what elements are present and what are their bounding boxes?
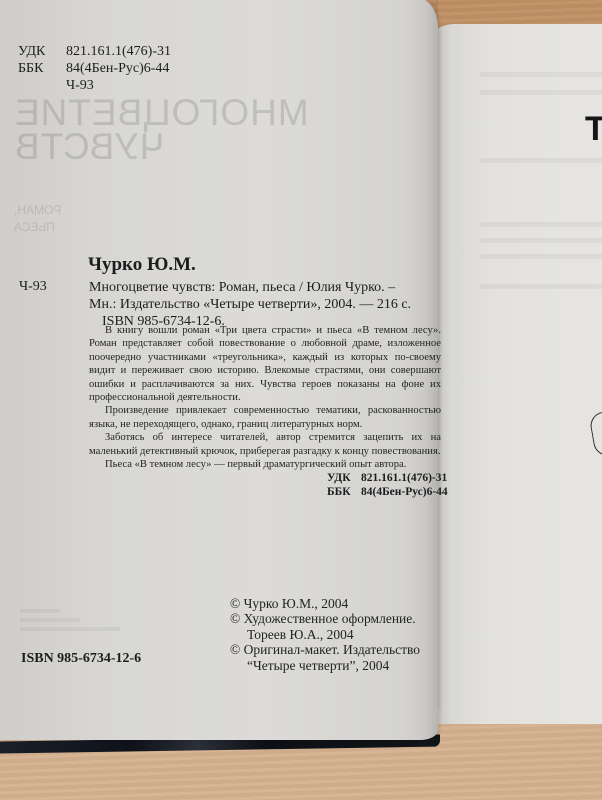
copyright-block: © Чурко Ю.М., 2004 © Художественное офор…: [230, 596, 420, 673]
catalog-author: Чурко Ю.М.: [88, 254, 196, 276]
imprint-page: МНОГОЦВЕТИЕ ЧУВСТВ РОМАН, ПЬЕСА УДК821.1…: [0, 0, 438, 740]
right-page-bleed-line: [480, 90, 602, 95]
right-page: [437, 24, 602, 724]
catalog-author-mark: Ч-93: [19, 279, 47, 295]
right-page-heading-letter: Т: [585, 110, 602, 149]
right-page-bleed-line: [480, 254, 602, 259]
author-mark: Ч-93: [18, 77, 171, 94]
classification-codes-bottom: УДК821.161.1(476)-31 ББК84(4Бен-Рус)6-44: [327, 471, 448, 499]
annotation-paragraph: В книгу вошли роман «Три цвета страсти» …: [89, 324, 441, 404]
right-page-bleed-line: [480, 72, 602, 77]
right-page-bleed-line: [480, 284, 602, 289]
book-annotation: В книгу вошли роман «Три цвета страсти» …: [89, 324, 441, 471]
right-page-bleed-line: [480, 222, 602, 227]
annotation-paragraph: Пьеса «В темном лесу» — первый драматург…: [89, 458, 441, 471]
annotation-paragraph: Произведение привлекает современностью т…: [89, 404, 441, 431]
bleed-through-title: МНОГОЦВЕТИЕ ЧУВСТВ: [14, 96, 394, 164]
classification-codes-top: УДК821.161.1(476)-31 ББК84(4Бен-Рус)6-44…: [18, 43, 171, 94]
udk-row: УДК821.161.1(476)-31: [18, 43, 171, 60]
bleed-through-lines: [20, 606, 120, 636]
bleed-through-subtitle: РОМАН, ПЬЕСА: [14, 202, 84, 236]
annotation-paragraph: Заботясь об интересе читателей, автор ст…: [89, 431, 441, 458]
bbk-row: ББК84(4Бен-Рус)6-44: [18, 60, 171, 77]
catalog-description: Многоцветие чувств: Роман, пьеса / Юлия …: [89, 279, 411, 330]
isbn-number: ISBN 985-6734-12-6: [21, 651, 141, 667]
right-page-bleed-line: [480, 238, 602, 243]
right-page-bleed-line: [480, 158, 602, 163]
